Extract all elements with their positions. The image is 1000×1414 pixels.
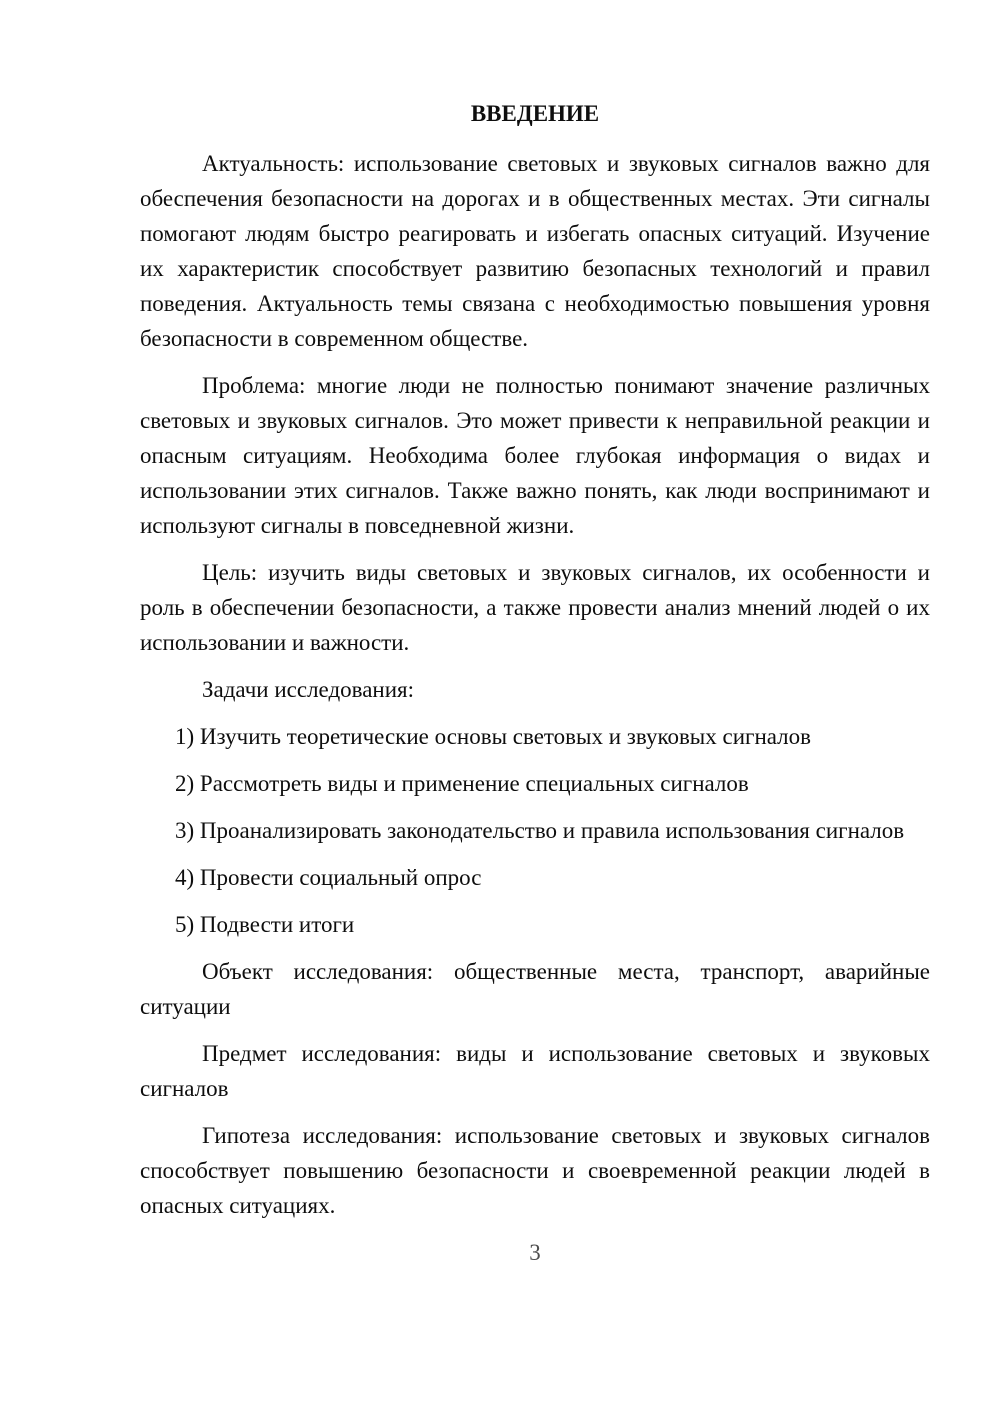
task-item-5: 5) Подвести итоги — [140, 907, 930, 942]
section-title: ВВЕДЕНИЕ — [140, 96, 930, 131]
paragraph-object: Объект исследования: общественные места,… — [140, 954, 930, 1024]
paragraph-relevance: Актуальность: использование световых и з… — [140, 146, 930, 356]
task-item-2: 2) Рассмотреть виды и применение специал… — [140, 766, 930, 801]
paragraph-hypothesis: Гипотеза исследования: использование све… — [140, 1118, 930, 1223]
paragraph-goal: Цель: изучить виды световых и звуковых с… — [140, 555, 930, 660]
page-number: 3 — [140, 1235, 930, 1270]
document-page: ВВЕДЕНИЕ Актуальность: использование све… — [0, 0, 1000, 1414]
task-item-4: 4) Провести социальный опрос — [140, 860, 930, 895]
paragraph-subject: Предмет исследования: виды и использован… — [140, 1036, 930, 1106]
tasks-heading: Задачи исследования: — [140, 672, 930, 707]
paragraph-problem: Проблема: многие люди не полностью поним… — [140, 368, 930, 543]
task-item-1: 1) Изучить теоретические основы световых… — [140, 719, 930, 754]
task-item-3: 3) Проанализировать законодательство и п… — [140, 813, 930, 848]
